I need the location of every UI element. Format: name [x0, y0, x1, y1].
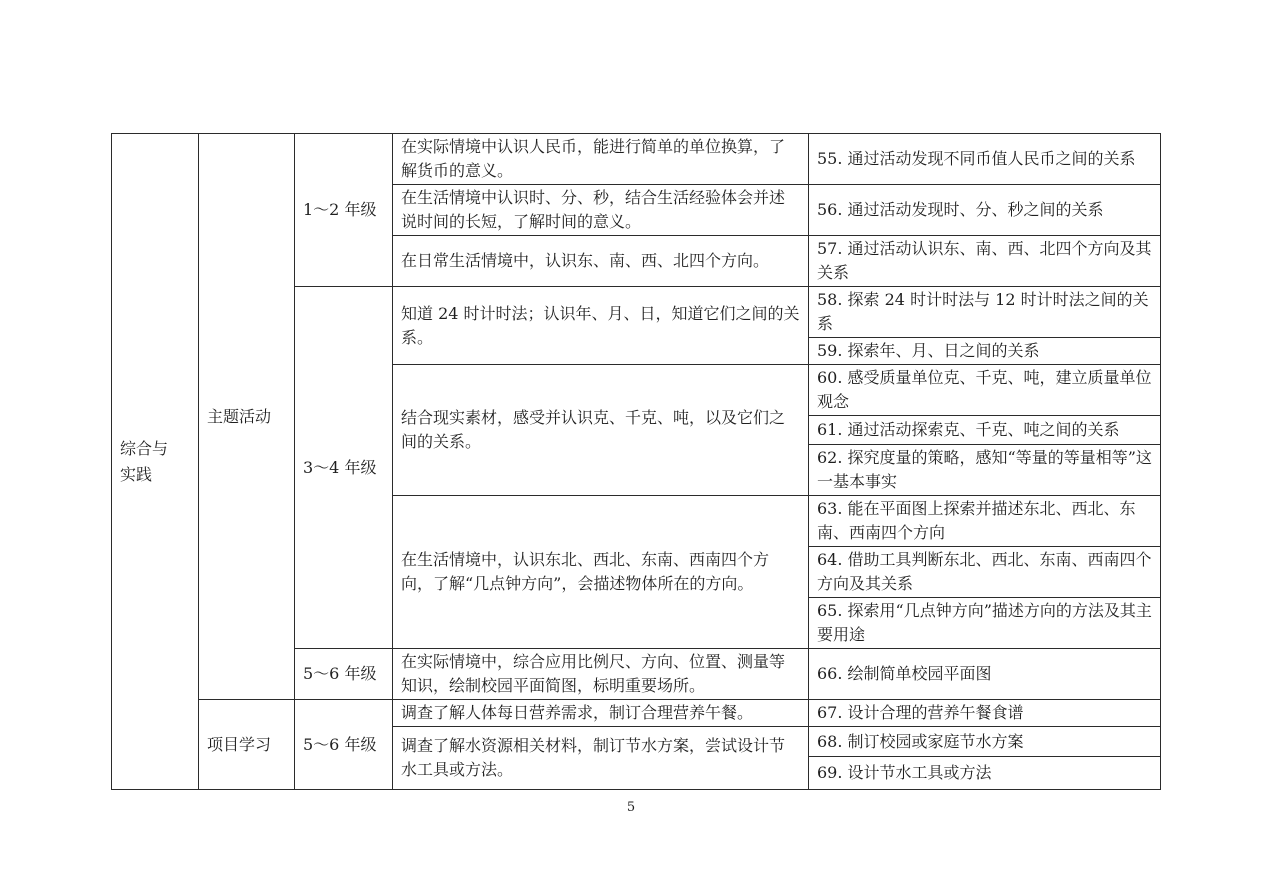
description-cell-water-saving: 调查了解水资源相关材料，制订节水方案，尝试设计节水工具或方法。: [393, 727, 809, 790]
grade-cell-3-4: 3～4 年级: [295, 287, 393, 649]
item-cell-59: 59. 探索年、月、日之间的关系: [809, 338, 1161, 365]
description-cell-24hour: 知道 24 时计时法；认识年、月、日，知道它们之间的关系。: [393, 287, 809, 365]
item-cell-60: 60. 感受质量单位克、千克、吨，建立质量单位观念: [809, 365, 1161, 416]
grade-cell-5-6-theme: 5～6 年级: [295, 649, 393, 700]
item-cell-68: 68. 制订校园或家庭节水方案: [809, 727, 1161, 757]
item-cell-57: 57. 通过活动认识东、南、西、北四个方向及其关系: [809, 236, 1161, 287]
item-cell-63: 63. 能在平面图上探索并描述东北、西北、东南、西南四个方向: [809, 496, 1161, 547]
description-cell-time: 在生活情境中认识时、分、秒，结合生活经验体会并述说时间的长短，了解时间的意义。: [393, 185, 809, 236]
item-cell-62: 62. 探究度量的策略，感知“等量的等量相等”这一基本事实: [809, 445, 1161, 496]
item-cell-56: 56. 通过活动发现时、分、秒之间的关系: [809, 185, 1161, 236]
table-row: 项目学习 5～6 年级 调查了解人体每日营养需求，制订合理营养午餐。 67. 设…: [112, 700, 1161, 727]
category-cell: 综合与实践: [112, 134, 199, 790]
item-cell-61: 61. 通过活动探索克、千克、吨之间的关系: [809, 416, 1161, 445]
item-cell-69: 69. 设计节水工具或方法: [809, 757, 1161, 790]
curriculum-table: 综合与实践 主题活动 1～2 年级 在实际情境中认识人民币，能进行简单的单位换算…: [111, 133, 1161, 790]
description-cell-campus-map: 在实际情境中，综合应用比例尺、方向、位置、测量等知识，绘制校园平面简图，标明重要…: [393, 649, 809, 700]
item-cell-55: 55. 通过活动发现不同币值人民币之间的关系: [809, 134, 1161, 185]
activity-type-cell-project: 项目学习: [199, 700, 295, 790]
grade-cell-5-6-project: 5～6 年级: [295, 700, 393, 790]
item-cell-64: 64. 借助工具判断东北、西北、东南、西南四个方向及其关系: [809, 547, 1161, 598]
description-cell-nutrition: 调查了解人体每日营养需求，制订合理营养午餐。: [393, 700, 809, 727]
grade-cell-1-2: 1～2 年级: [295, 134, 393, 287]
category-label: 综合与实践: [120, 436, 170, 488]
table-row: 综合与实践 主题活动 1～2 年级 在实际情境中认识人民币，能进行简单的单位换算…: [112, 134, 1161, 185]
description-cell-directions: 在日常生活情境中，认识东、南、西、北四个方向。: [393, 236, 809, 287]
item-cell-67: 67. 设计合理的营养午餐食谱: [809, 700, 1161, 727]
page-number: 5: [0, 800, 1262, 815]
activity-type-cell-theme: 主题活动: [199, 134, 295, 700]
item-cell-66: 66. 绘制简单校园平面图: [809, 649, 1161, 700]
description-cell-currency: 在实际情境中认识人民币，能进行简单的单位换算，了解货币的意义。: [393, 134, 809, 185]
item-cell-58: 58. 探索 24 时计时法与 12 时计时法之间的关系: [809, 287, 1161, 338]
description-cell-eight-directions: 在生活情境中，认识东北、西北、东南、西南四个方向，了解“几点钟方向”，会描述物体…: [393, 496, 809, 649]
item-cell-65: 65. 探索用“几点钟方向”描述方向的方法及其主要用途: [809, 598, 1161, 649]
description-cell-mass-units: 结合现实素材，感受并认识克、千克、吨，以及它们之间的关系。: [393, 365, 809, 496]
